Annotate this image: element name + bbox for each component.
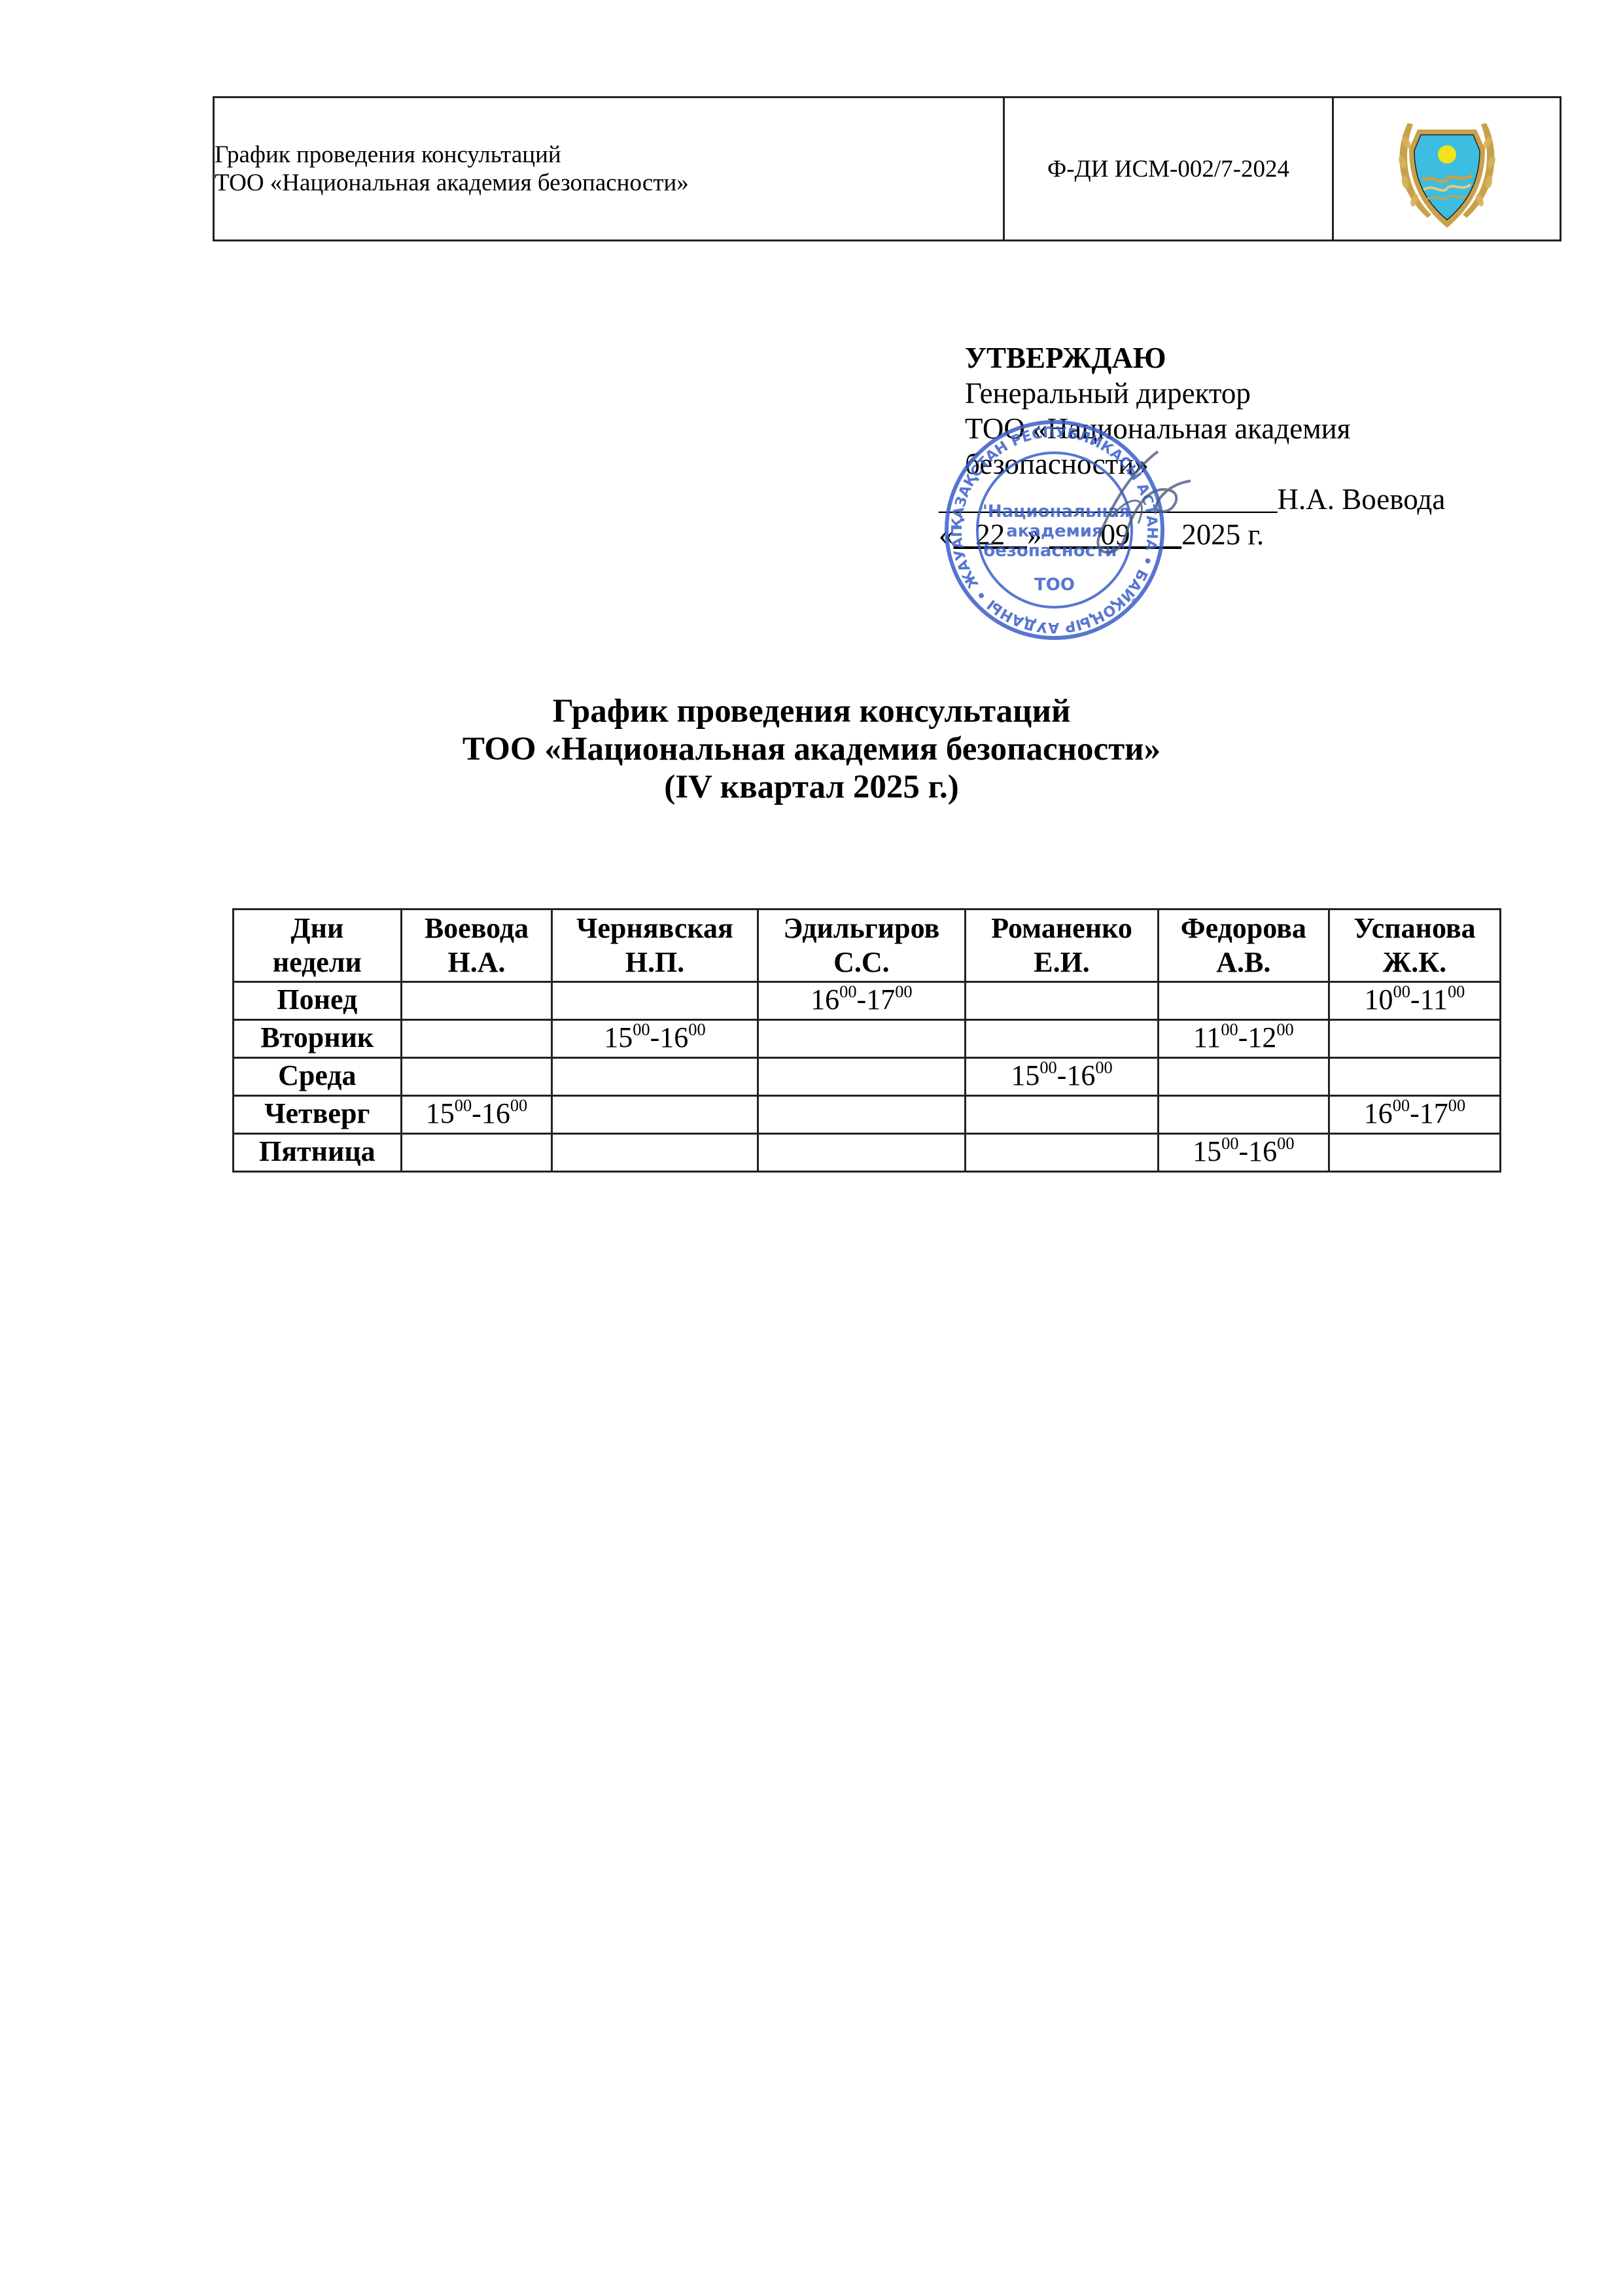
day-cell: Среда — [234, 1058, 402, 1096]
signature-icon — [1073, 445, 1204, 563]
empty-cell — [966, 1134, 1159, 1172]
empty-cell — [401, 1020, 552, 1058]
header-title-line2: ТОО «Национальная академия безопасности» — [215, 169, 1003, 197]
empty-cell — [401, 1058, 552, 1096]
header-line1: Воевода — [405, 911, 549, 945]
header-line1: Романенко — [969, 911, 1155, 945]
approval-position: Генеральный директор — [965, 376, 1445, 411]
header-line2: недели — [237, 945, 398, 980]
time-slot-cell: 1500-1600 — [966, 1058, 1159, 1096]
table-row: Среда1500-1600 — [234, 1058, 1501, 1096]
time-slot-cell: 1500-1600 — [401, 1096, 552, 1134]
academy-logo-icon — [1382, 103, 1512, 234]
table-row: Вторник1500-16001100-1200 — [234, 1020, 1501, 1058]
day-cell: Вторник — [234, 1020, 402, 1058]
empty-cell — [1329, 1020, 1500, 1058]
empty-cell — [758, 1134, 966, 1172]
header-line2: Н.П. — [555, 945, 754, 980]
time-slot-cell: 1500-1600 — [552, 1020, 758, 1058]
empty-cell — [401, 1134, 552, 1172]
approval-title: УТВЕРЖДАЮ — [965, 340, 1445, 376]
day-cell: Четверг — [234, 1096, 402, 1134]
table-row: Четверг1500-16001600-1700 — [234, 1096, 1501, 1134]
table-row: Пятница1500-1600 — [234, 1134, 1501, 1172]
header-line2: С.С. — [761, 945, 962, 980]
signatory-name: Н.А. Воевода — [1278, 483, 1446, 516]
empty-cell — [758, 1020, 966, 1058]
time-slot-cell: 1000-1100 — [1329, 982, 1500, 1020]
empty-cell — [1329, 1134, 1500, 1172]
empty-cell — [401, 982, 552, 1020]
header-line2: Е.И. — [969, 945, 1155, 980]
table-header-row: ДнинеделиВоеводаН.А.ЧернявскаяН.П.Эдильг… — [234, 910, 1501, 982]
header-title-line1: График проведения консультаций — [215, 141, 1003, 169]
header-consultant: ВоеводаН.А. — [401, 910, 552, 982]
empty-cell — [1158, 1058, 1329, 1096]
header-line2: Н.А. — [405, 945, 549, 980]
title-line3: (IV квартал 2025 г.) — [0, 768, 1623, 806]
empty-cell — [966, 1096, 1159, 1134]
empty-cell — [758, 1096, 966, 1134]
empty-cell — [1158, 1096, 1329, 1134]
empty-cell — [966, 1020, 1159, 1058]
header-line1: Чернявская — [555, 911, 754, 945]
header-line1: Успанова — [1333, 911, 1497, 945]
document-title: График проведения консультаций ТОО «Наци… — [0, 692, 1623, 806]
empty-cell — [1329, 1058, 1500, 1096]
time-slot-cell: 1600-1700 — [1329, 1096, 1500, 1134]
title-line1: График проведения консультаций — [0, 692, 1623, 730]
header-line1: Федорова — [1162, 911, 1325, 945]
table-row: Понед1600-17001000-1100 — [234, 982, 1501, 1020]
header-line2: Ж.К. — [1333, 945, 1497, 980]
header-consultant: УспановаЖ.К. — [1329, 910, 1500, 982]
consultation-schedule-table: ДнинеделиВоеводаН.А.ЧернявскаяН.П.Эдильг… — [232, 908, 1501, 1173]
stamp-bottom: ТОО — [1034, 575, 1075, 595]
empty-cell — [758, 1058, 966, 1096]
header-line1: Дни — [237, 911, 398, 945]
header-doc-code: Ф-ДИ ИСМ-002/7-2024 — [1005, 98, 1334, 239]
header-consultant: ЧернявскаяН.П. — [552, 910, 758, 982]
title-line2: ТОО «Национальная академия безопасности» — [0, 730, 1623, 768]
empty-cell — [552, 982, 758, 1020]
header-logo-cell — [1334, 98, 1560, 239]
header-days: Днинедели — [234, 910, 402, 982]
header-line2: А.В. — [1162, 945, 1325, 980]
time-slot-cell: 1600-1700 — [758, 982, 966, 1020]
header-consultant: РоманенкоЕ.И. — [966, 910, 1159, 982]
header-consultant: ЭдильгировС.С. — [758, 910, 966, 982]
day-cell: Пятница — [234, 1134, 402, 1172]
empty-cell — [966, 982, 1159, 1020]
header-consultant: ФедороваА.В. — [1158, 910, 1329, 982]
empty-cell — [552, 1058, 758, 1096]
header-title-cell: График проведения консультаций ТОО «Наци… — [215, 98, 1005, 239]
header-line1: Эдильгиров — [761, 911, 962, 945]
time-slot-cell: 1500-1600 — [1158, 1134, 1329, 1172]
empty-cell — [1158, 982, 1329, 1020]
time-slot-cell: 1100-1200 — [1158, 1020, 1329, 1058]
empty-cell — [552, 1096, 758, 1134]
document-header: График проведения консультаций ТОО «Наци… — [213, 96, 1562, 241]
day-cell: Понед — [234, 982, 402, 1020]
empty-cell — [552, 1134, 758, 1172]
